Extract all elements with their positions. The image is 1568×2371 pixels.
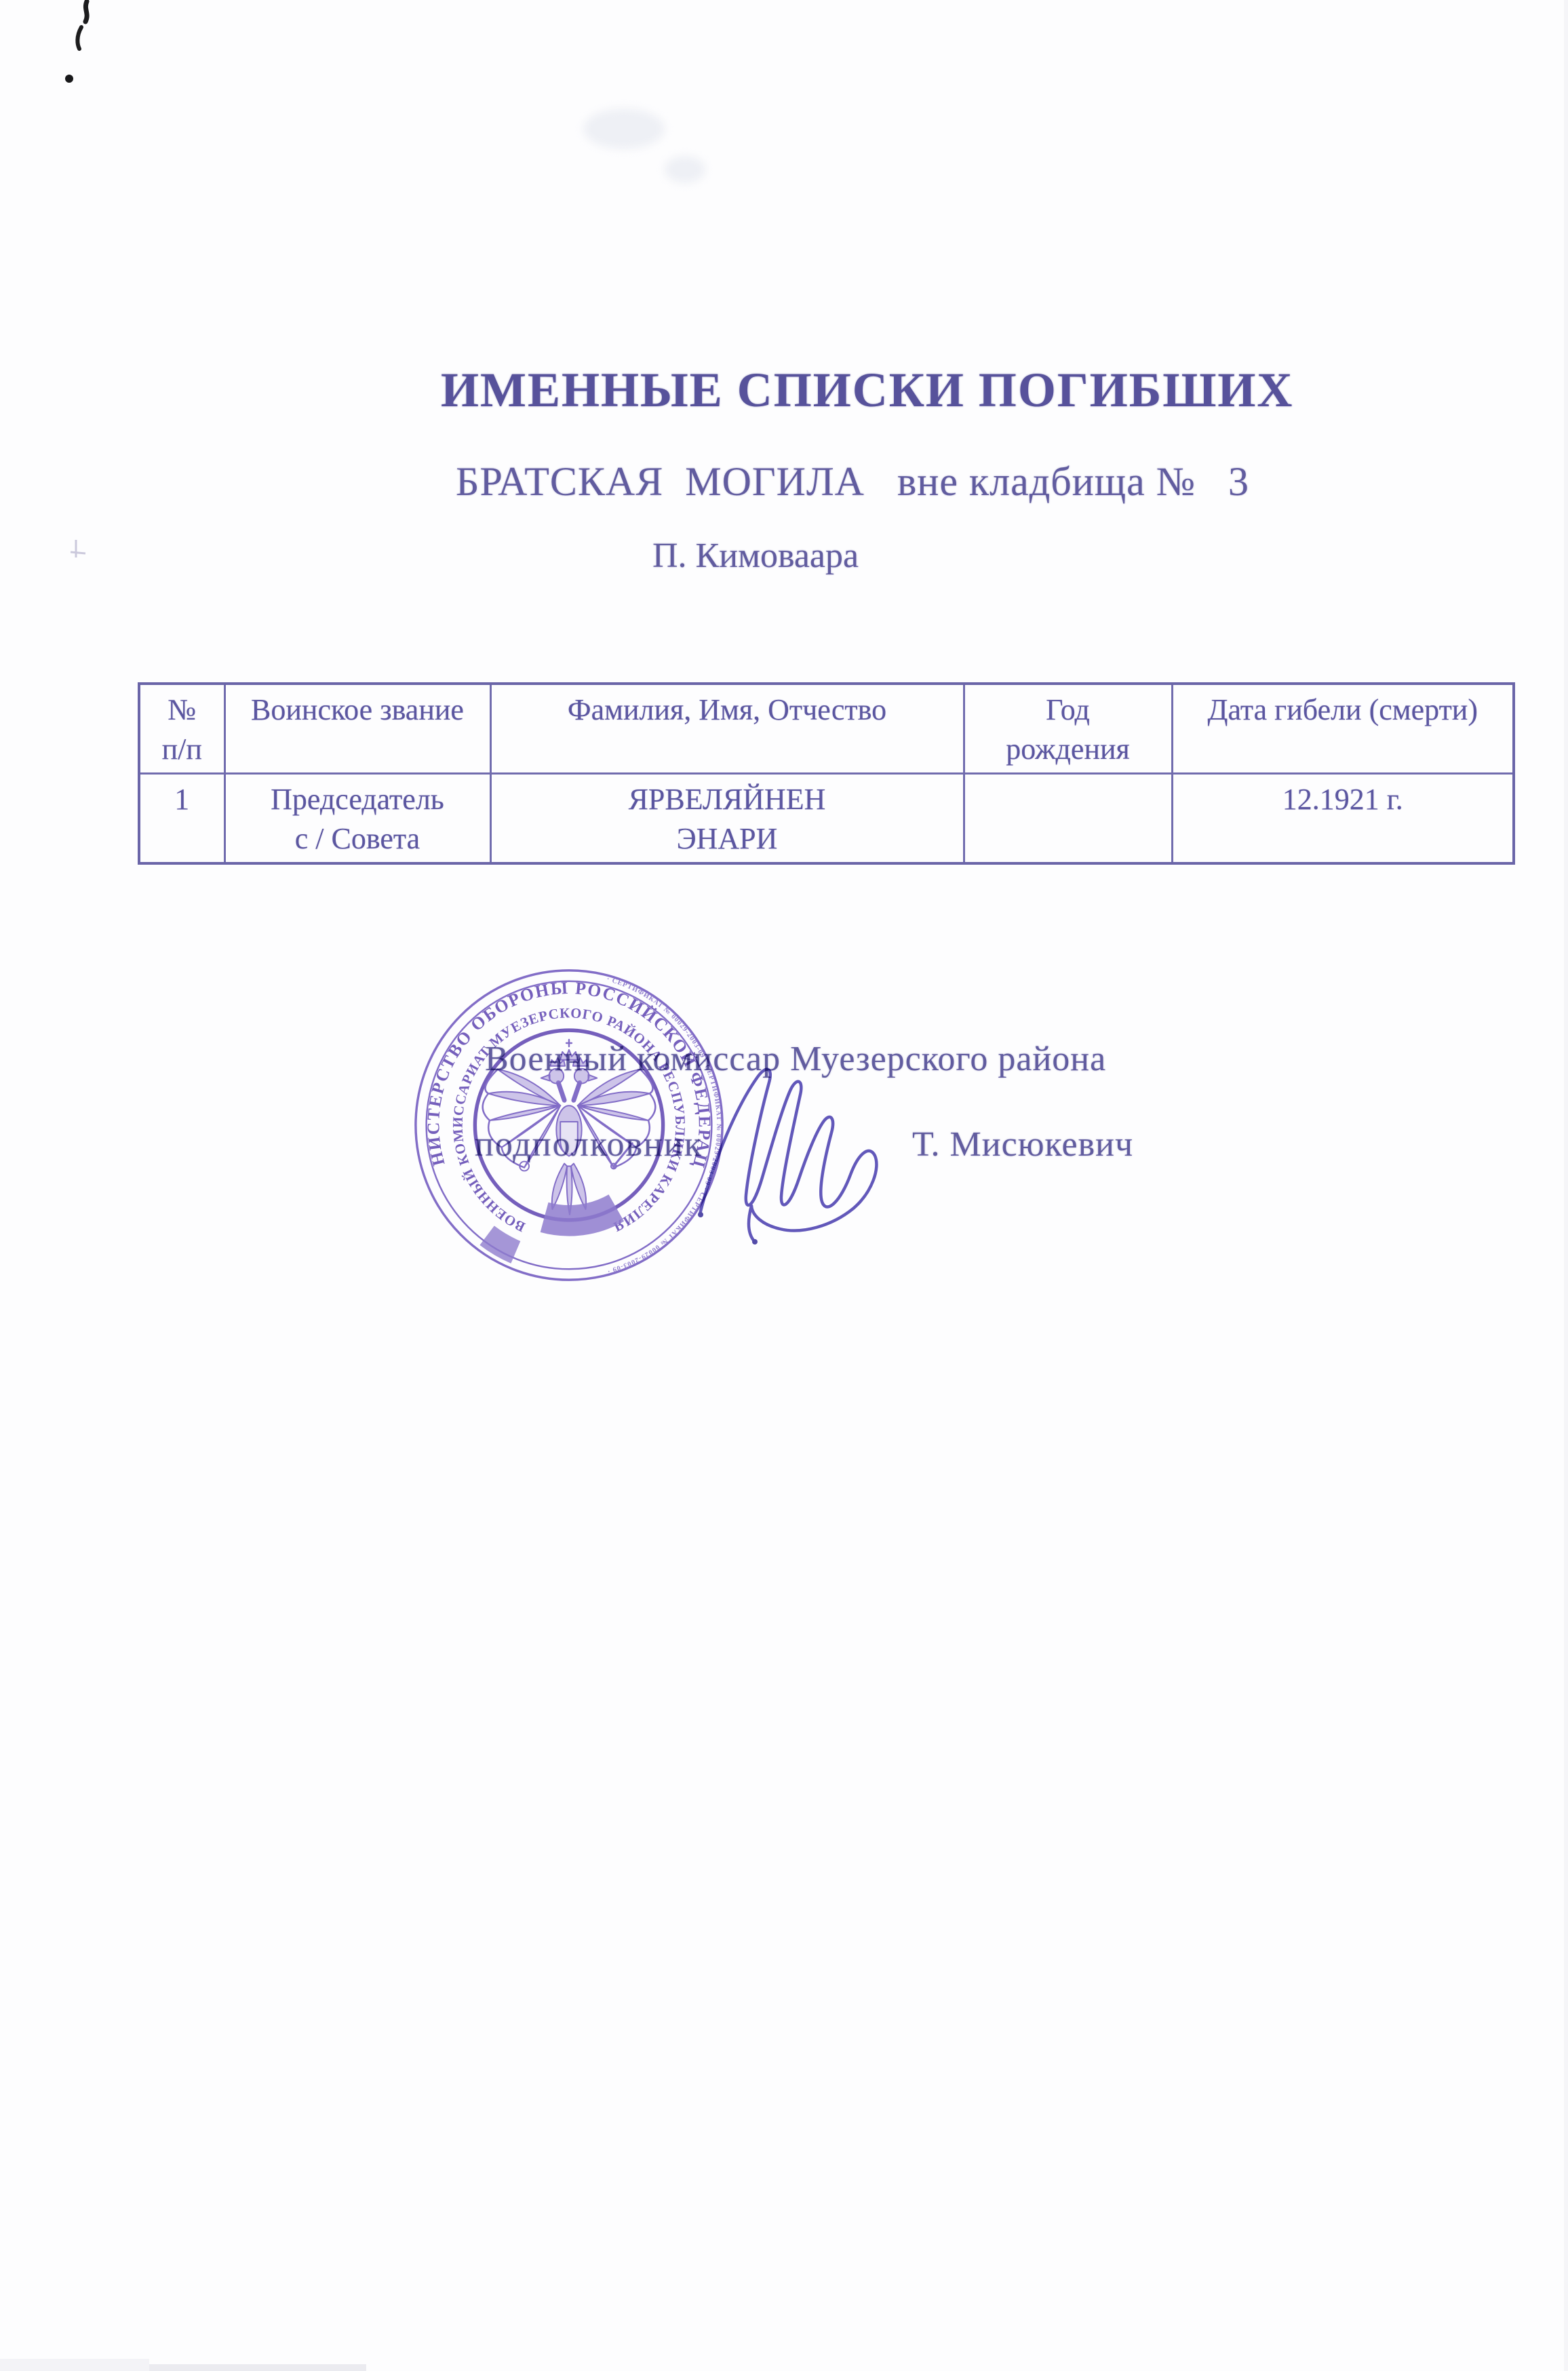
scan-smudge [583, 109, 665, 149]
cell-birth-year [964, 774, 1172, 864]
header-cell-death-date: Дата гибели (смерти) [1172, 684, 1514, 774]
table-header-row: № п/п Воинское звание Фамилия, Имя, Отче… [139, 684, 1514, 774]
table-row: 1 Председатель с / Совета ЯРВЕЛЯЙНЕН ЭНА… [139, 774, 1514, 864]
signature-ink [686, 1044, 907, 1255]
document-title: ИМЕННЫЕ СПИСКИ ПОГИБШИХ [441, 362, 1293, 418]
stamp-bottom-wedge [487, 1236, 515, 1253]
document-subtitle: БРАТСКАЯ МОГИЛА вне кладбища № 3 [456, 458, 1249, 505]
ink-dot [698, 1212, 703, 1217]
header-cell-birth-year: Год рождения [964, 684, 1172, 774]
cell-name: ЯРВЕЛЯЙНЕН ЭНАРИ [490, 774, 964, 864]
header-cell-rank: Воинское звание [224, 684, 490, 774]
ink-dot-artifact [62, 72, 76, 85]
stamp-seal: · СЕРТИФИКАТ № 00029-2003-09 · СЕРТИФИКА… [412, 960, 726, 1290]
coat-of-arms-eagle [483, 1040, 656, 1215]
header-cell-name: Фамилия, Имя, Отчество [490, 684, 964, 774]
page-edge-shadow [1564, 0, 1568, 2371]
settlement-name: П. Кимоваара [652, 536, 859, 576]
cell-number: 1 [139, 774, 224, 864]
cell-death-date: 12.1921 г. [1172, 774, 1514, 864]
ink-squiggle-artifact [61, 0, 109, 54]
stamp-bottom-band [545, 1208, 616, 1221]
scan-smudge [665, 156, 705, 183]
scanned-document-page: ИМЕННЫЕ СПИСКИ ПОГИБШИХ БРАТСКАЯ МОГИЛА … [0, 0, 1568, 2371]
page-bottom-edge [0, 2359, 149, 2371]
header-cell-number: № п/п [139, 684, 224, 774]
burial-list-table: № п/п Воинское звание Фамилия, Имя, Отче… [138, 682, 1515, 865]
cell-rank: Председатель с / Совета [224, 774, 490, 864]
commissar-name: Т. Мисюкевич [912, 1124, 1133, 1164]
ink-dot [752, 1239, 758, 1245]
faint-mark-artifact [65, 537, 92, 564]
